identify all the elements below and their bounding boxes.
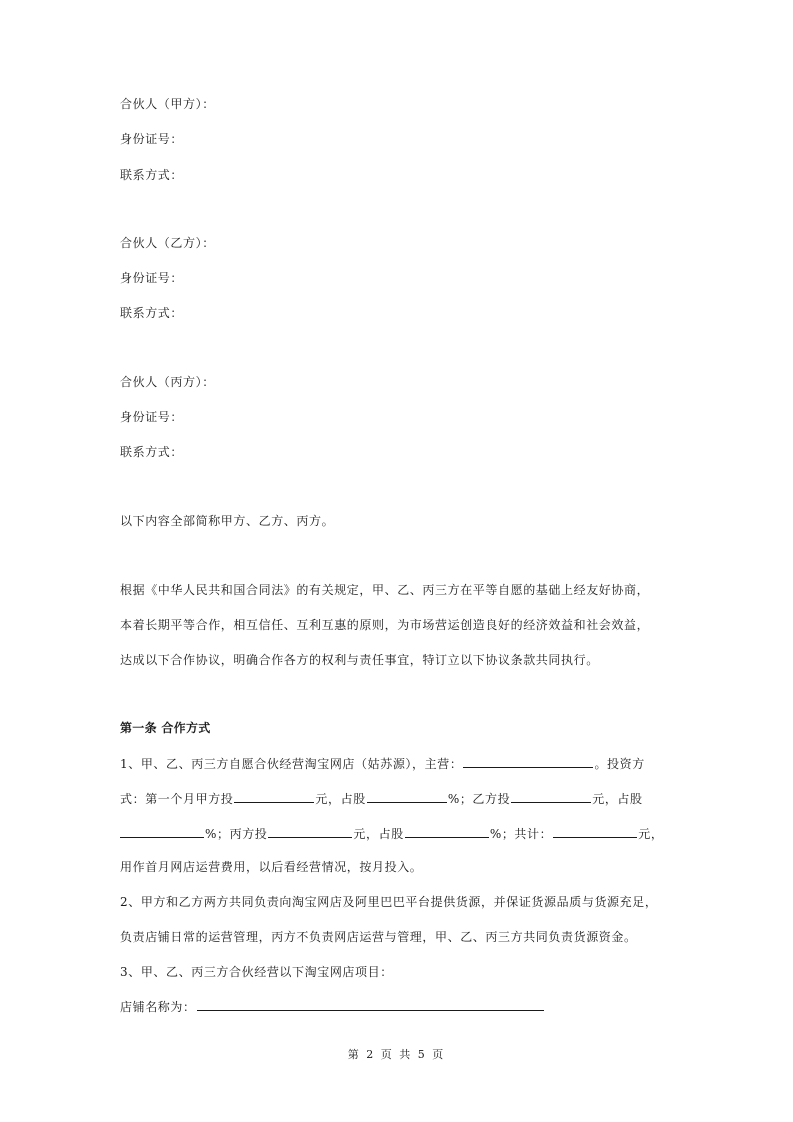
preamble-line-1: 根据《中华人民共和国合同法》的有关规定，甲、乙、丙三方在平等自愿的基础上经友好协… [120, 582, 649, 598]
clause-2-line-1: 2、甲方和乙方两方共同负责向淘宝网店及阿里巴巴平台提供货源，并保证货源品质与货源… [120, 894, 657, 910]
store-name-label: 店铺名称为： [120, 1000, 196, 1014]
clause-1-text-c: 式：第一个月甲方投 [120, 792, 233, 806]
party-a-share-blank[interactable] [367, 790, 447, 803]
page-number-footer: 第 2 页 共 5 页 [0, 1046, 793, 1062]
clause-1-text-g: %；丙方投 [205, 827, 267, 841]
clause-1-text-d: 元，占股 [315, 792, 365, 806]
clause-1-line-2: 式：第一个月甲方投元，占股%；乙方投元，占股 [120, 790, 643, 807]
article-1-title: 第一条 合作方式 [120, 720, 211, 736]
clause-3-text: 3、甲、乙、丙三方合伙经营以下淘宝网店项目： [120, 964, 393, 980]
clause-2-line-2: 负责店铺日常的运营管理，丙方不负责网店运营与管理，甲、乙、丙三方共同负责货源资金… [120, 929, 637, 945]
clause-1-line-3: %；丙方投元，占股%；共计：元， [120, 825, 663, 842]
main-business-blank[interactable] [463, 755, 593, 768]
party-c-investment-blank[interactable] [268, 825, 352, 838]
party-b-label: 合伙人（乙方）： [120, 235, 215, 251]
total-investment-blank[interactable] [553, 825, 637, 838]
preamble-line-3: 达成以下合作协议，明确合作各方的权利与责任事宜，特订立以下协议条款共同执行。 [120, 652, 599, 668]
abbreviation-text: 以下内容全部简称甲方、乙方、丙方。 [120, 513, 334, 529]
document-page: 合伙人（甲方）： 身份证号： 联系方式： 合伙人（乙方）： 身份证号： 联系方式… [0, 0, 793, 1122]
party-c-label: 合伙人（丙方）： [120, 374, 215, 390]
party-b-id-label: 身份证号： [120, 270, 183, 286]
clause-1-text-i: %；共计： [490, 827, 552, 841]
clause-1-text-j: 元， [638, 827, 663, 841]
store-name-blank[interactable] [197, 998, 544, 1011]
party-c-contact-label: 联系方式： [120, 444, 183, 460]
clause-1-line-1: 1、甲、乙、丙三方自愿合伙经营淘宝网店（姑苏源），主营：。投资方 [120, 755, 645, 772]
clause-1-text-e: %；乙方投 [448, 792, 510, 806]
party-b-contact-label: 联系方式： [120, 305, 183, 321]
party-b-investment-blank[interactable] [511, 790, 591, 803]
clause-1-text-a: 1、甲、乙、丙三方自愿合伙经营淘宝网店（姑苏源），主营： [120, 757, 462, 771]
party-a-contact-label: 联系方式： [120, 167, 183, 183]
preamble-line-2: 本着长期平等合作，相互信任、互利互惠的原则，为市场营运创造良好的经济效益和社会效… [120, 617, 649, 633]
clause-1-line-4: 用作首月网店运营费用，以后看经营情况，按月投入。 [120, 859, 422, 875]
party-c-share-blank[interactable] [405, 825, 489, 838]
store-name-line: 店铺名称为： [120, 998, 545, 1015]
party-a-id-label: 身份证号： [120, 131, 183, 147]
party-a-label: 合伙人（甲方）： [120, 96, 215, 112]
clause-1-text-h: 元，占股 [353, 827, 403, 841]
party-a-investment-blank[interactable] [234, 790, 314, 803]
party-b-share-blank[interactable] [120, 825, 204, 838]
party-c-id-label: 身份证号： [120, 409, 183, 425]
clause-1-text-b: 。投资方 [594, 757, 644, 771]
clause-1-text-f: 元，占股 [592, 792, 642, 806]
